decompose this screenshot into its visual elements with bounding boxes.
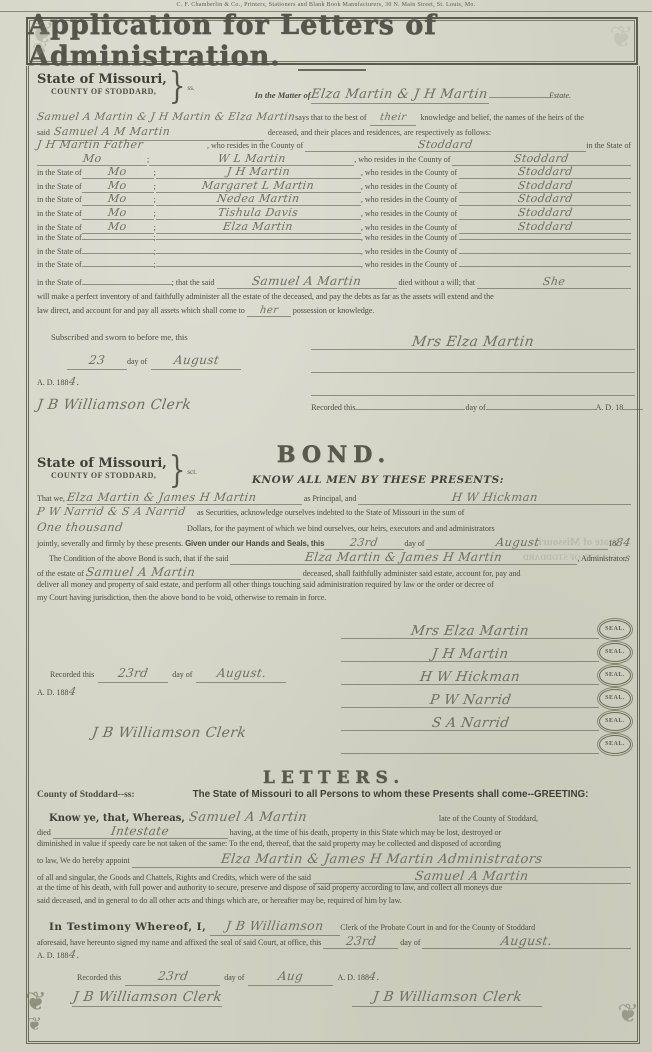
sureties-handwriting: P W Narrid & S A Narrid (36, 505, 187, 518)
resides-label: , who resides in the County of (361, 223, 457, 232)
as-principal-label: as Principal, and (304, 494, 357, 503)
resides-label: , who resides in the County of (354, 155, 450, 164)
testimony-label: In Testimony Whereof, I, (49, 921, 206, 933)
heir-row: in the State of Mo ; Elza Martin , who r… (37, 220, 631, 234)
bond-day-handwriting: 23rd (349, 536, 379, 549)
ss-abbrev: ss. (187, 84, 194, 92)
dollars-label: Dollars, for the payment of which we bin… (187, 524, 495, 533)
seal-icon: SEAL. (599, 643, 631, 662)
heir-row: in the State of Mo ; Tishula Davis , who… (37, 206, 631, 220)
day-of-label: day of (224, 973, 244, 982)
letters-line-2: died Intestate having, at the time of hi… (37, 824, 631, 839)
resides-label: , who resides in the County of (361, 247, 457, 256)
state-of-label: in the State of (37, 247, 82, 256)
ad-label: A. D. 188 (37, 378, 69, 387)
heir-county-handwriting: Stoddard (417, 138, 474, 151)
application-line-2: said Samuel A M Martin deceased, and the… (37, 122, 631, 138)
floral-corner-ornament-icon: ❦ (25, 992, 47, 1013)
letters-greeting-row: County of Stoddard--ss: The State of Mis… (37, 789, 631, 804)
law-direct-label: law direct, and account for and pay all … (37, 306, 245, 315)
principals-handwriting: Elza Martin & James H Martin (66, 490, 257, 504)
letters-goods-line: of all and singular, the Goods and Chatt… (37, 868, 631, 883)
heir-row: Mo ; W L Martin , who resides in the Cou… (37, 152, 631, 166)
greeting-label: The State of Missouri to all Persons to … (193, 789, 589, 800)
floral-corner-ornament-icon: ❦ (27, 1017, 42, 1031)
state-of-label: in the State of (37, 278, 82, 287)
died-label: died (37, 828, 51, 837)
heir-county-handwriting: Stoddard (517, 165, 574, 178)
resides-label: , who resides in the County of (207, 141, 303, 150)
seal-signature-row: H W Hickman SEAL. (286, 662, 631, 685)
decedent-handwriting: Samuel A Martin (251, 274, 362, 288)
heir-row: in the State of ; , who resides in the C… (37, 260, 631, 274)
amount-handwriting: One thousand (36, 520, 124, 534)
of-all-label: of all and singular, the Goods and Chatt… (37, 873, 311, 882)
heir-state-handwriting: Mo (107, 192, 128, 205)
letters-diminished-line: diminished in value if speedy care be no… (37, 839, 631, 852)
clerk-signature-handwriting: J B Williamson Clerk (36, 397, 192, 413)
county-label: COUNTY OF STODDARD, (37, 471, 167, 480)
heir-county-handwriting: Stoddard (513, 152, 570, 165)
heir-name-handwriting: Nedea Martin (216, 192, 300, 205)
bond-seal-column: Mrs Elza Martin SEAL. J H Martin SEAL. H… (286, 616, 631, 754)
bond-month-handwriting: August (495, 535, 540, 549)
heir-county-handwriting: Stoddard (517, 192, 574, 205)
heir-row: in the State of Mo ; Nedea Martin , who … (37, 192, 631, 206)
ad-label: A. D. 188 (37, 951, 69, 960)
state-of-label: in the State of (37, 168, 82, 177)
decedent-handwriting: Samuel A M Martin (53, 125, 171, 138)
that-said-label: ; that the said (172, 278, 215, 287)
bond-signer-handwriting: H W Hickman (419, 669, 521, 685)
state-of-label: in the State of (37, 233, 82, 242)
said-label: said (37, 128, 50, 137)
seal-icon: SEAL. (599, 620, 631, 639)
day-of-label: day of (127, 357, 147, 366)
to-law-label: to law, We do hereby appoint (37, 856, 130, 865)
jointly-label: jointly, severally and firmly by these p… (37, 539, 183, 548)
know-all-men-label: KNOW ALL MEN BY THESE PRESENTS: (252, 474, 504, 486)
clerk-signature-handwriting: J B Williamson Clerk (371, 989, 522, 1005)
heir-name-handwriting: Tishula Davis (217, 206, 299, 219)
state-label: State of Missouri, (37, 456, 167, 471)
aforesaid-line: aforesaid, have hereunto signed my name … (37, 933, 631, 948)
heir-row: in the State of ; , who resides in the C… (37, 247, 631, 261)
bond-deliver-line: deliver all money and property of said e… (37, 580, 631, 593)
heir-row: in the State of Mo ; Margaret L Martin ,… (37, 179, 631, 193)
ad-year-handwriting: 4. (368, 970, 381, 983)
floral-ornament-icon: ❦ (32, 41, 49, 61)
resides-label: , who resides in the County of (361, 182, 457, 191)
testimony-day-handwriting: 23rd (345, 934, 377, 948)
letters-recorded-line: Recorded this 23rd day of Aug A. D. 1884… (37, 967, 631, 982)
inventory-clause-line1: will make a perfect inventory of and fai… (37, 292, 631, 305)
clerk-of-label: Clerk of the Probate Court in and for th… (340, 923, 535, 932)
heir-name-handwriting: J H Martin (226, 165, 291, 178)
application-line-1: Samuel A Martin & J H Martin & Elza Mart… (37, 107, 631, 122)
recorded-day-handwriting: 23rd (157, 969, 189, 983)
state-of-label: in the State of (586, 141, 631, 150)
separator: ; (154, 233, 156, 242)
knowledge-label: knowledge and belief, the names of the h… (420, 113, 584, 122)
recorded-label: Recorded this (77, 973, 121, 982)
bond-signer-handwriting: J H Martin (431, 646, 510, 662)
ad-label: A. D. 188 (37, 688, 69, 697)
title-banner: ❦ ❦ ❦ Application for Letters of Adminis… (26, 17, 638, 65)
seal-signature-row: J H Martin SEAL. (286, 639, 631, 662)
bond-line-1: That we, Elza Martin & James H Martin as… (37, 490, 631, 505)
heir-name-handwriting: Elza Martin (223, 220, 295, 233)
possession-label: possession or knowledge. (293, 306, 375, 315)
heir-county-handwriting: Stoddard (517, 179, 574, 192)
heir-row: J H Martin Father , who resides in the C… (37, 138, 631, 152)
heir-state-handwriting: Mo (82, 152, 103, 165)
bond-signature-block: Recorded this 23rd day of August. A. D. … (37, 616, 631, 754)
heir-name-handwriting: W L Martin (217, 152, 287, 165)
heir-state-handwriting: Mo (107, 179, 128, 192)
she-handwriting: She (542, 275, 566, 288)
ad-year-handwriting: 4. (68, 375, 81, 388)
page-title: Application for Letters of Administratio… (28, 10, 636, 72)
brace-glyph: } (169, 450, 186, 492)
floral-corner-ornament-icon: ❦ (617, 1004, 639, 1025)
aforesaid-label: aforesaid, have hereunto signed my name … (37, 938, 321, 947)
says-label: says that to the best of (295, 113, 366, 122)
clerk-signature-handwriting: J B Williamson Clerk (71, 989, 222, 1005)
ad-label: A. D. 18 (596, 403, 624, 412)
application-venue-block: State of Missouri, COUNTY OF STODDARD, }… (37, 72, 631, 104)
that-we-label: That we, (37, 494, 65, 503)
given-label: Given under our Hands and Seals, this (185, 539, 324, 548)
floral-ornament-icon: ❦ (609, 23, 634, 53)
resides-label: , who resides in the County of (361, 233, 457, 242)
attestation-left: Subscribed and sworn to before me, this … (37, 332, 241, 416)
bond-signer-handwriting: P W Narrid (428, 692, 512, 708)
sworn-month-handwriting: August (173, 353, 220, 367)
seal-signature-row: SEAL. (286, 731, 631, 754)
condition-names-handwriting: Elza Martin & James H Martin (304, 550, 503, 564)
bond-court-line: my Court having jurisdiction, then the a… (37, 593, 631, 606)
state-label: State of Missouri, (37, 72, 167, 87)
day-of-label: day of (404, 539, 424, 548)
deceased-label: deceased, and their places and residence… (268, 128, 491, 137)
recorded-month-handwriting: Aug (277, 969, 304, 983)
resides-label: , who resides in the County of (361, 168, 457, 177)
year-handwriting: 84 (615, 536, 632, 549)
appointees-handwriting: Elza Martin & James H Martin Administrat… (220, 852, 543, 867)
seal-icon: SEAL. (599, 735, 631, 754)
heir-state-handwriting: Mo (107, 220, 128, 233)
recorded-month-handwriting: August. (216, 666, 267, 680)
matter-names-handwriting: Elza Martin & J H Martin (310, 87, 489, 102)
condition-label: The Condition of the above Bond is such,… (49, 554, 228, 563)
resides-label: , who resides in the County of (361, 260, 457, 269)
inventory-clause-line2: law direct, and account for and pay all … (37, 305, 631, 318)
heir-county-handwriting: Stoddard (517, 206, 574, 219)
seal-signature-row: S A Narrid SEAL. (286, 708, 631, 731)
administrator-suffix-handwriting: s (625, 553, 632, 564)
resides-label: , who resides in the County of (361, 209, 457, 218)
document-frame: State of Missouri, COUNTY OF STODDARD St… (26, 66, 640, 1044)
having-label: having, at the time of his death, proper… (230, 828, 502, 837)
attestation-right: Mrs Elza Martin Recorded this day of A. … (241, 332, 643, 416)
heir-name-handwriting: Margaret L Martin (201, 179, 315, 192)
bond-signer-handwriting: Mrs Elza Martin (410, 623, 530, 639)
separator: ; (154, 260, 156, 269)
sworn-day-handwriting: 23 (88, 353, 106, 367)
recorded-label: Recorded this (50, 670, 94, 679)
bond-signer-handwriting: S A Narrid (430, 715, 510, 731)
bond-line-3: One thousand Dollars, for the payment of… (37, 520, 631, 535)
recorded-day-handwriting: 23rd (117, 666, 149, 680)
decedent-handwriting: Samuel A Martin (188, 810, 308, 825)
ad-year-handwriting: 4 (68, 685, 77, 698)
testimony-line: In Testimony Whereof, I, J B Williamson … (37, 917, 631, 933)
heir-name-handwriting: J H Martin Father (36, 138, 144, 151)
day-of-label: day of (465, 403, 485, 412)
attestation-block: Subscribed and sworn to before me, this … (37, 332, 631, 416)
heir-county-handwriting: Stoddard (517, 220, 574, 233)
state-of-label: in the State of (37, 260, 82, 269)
county-label: COUNTY OF STODDARD, (37, 87, 167, 96)
intestate-handwriting: Intestate (110, 824, 170, 838)
letters-general-line: said deceased, and in general to do all … (37, 896, 631, 909)
bond-line-2: P W Narrid & S A Narrid as Securities, a… (37, 505, 631, 520)
applicant-signature-handwriting: Mrs Elza Martin (411, 334, 535, 350)
heir-state-handwriting: Mo (107, 165, 128, 178)
state-of-label: in the State of (37, 223, 82, 232)
county-ss-label: County of Stoddard--ss: (37, 790, 135, 800)
late-of-label: late of the County of Stoddard, (439, 814, 538, 823)
day-of-label: day of (400, 938, 420, 947)
their-handwriting: their (380, 112, 408, 123)
seal-signature-row: P W Narrid SEAL. (286, 685, 631, 708)
bond-estate-line: of the estate of Samuel A Martin decease… (37, 565, 631, 580)
clerk-signature-handwriting: J B Williamson Clerk (91, 725, 247, 741)
letters-heading: LETTERS. (37, 768, 631, 788)
resides-label: , who resides in the County of (361, 195, 457, 204)
bond-recorded-block: Recorded this 23rd day of August. A. D. … (37, 616, 286, 754)
estate-name-handwriting: Samuel A Martin (85, 565, 196, 579)
state-of-label: in the State of (37, 209, 82, 218)
state-of-label: in the State of (37, 195, 82, 204)
testimony-month-handwriting: August. (500, 933, 553, 948)
heir-state-handwriting: Mo (107, 206, 128, 219)
seal-icon: SEAL. (599, 712, 631, 731)
administrator-label: , Administrator (577, 554, 625, 563)
said-name-handwriting: Samuel A Martin (414, 868, 530, 883)
day-of-label: day of (172, 670, 192, 679)
recorded-label: Recorded this (311, 403, 355, 412)
letters-power-line: at the time of his death, with full powe… (37, 883, 631, 896)
bond-line-4: jointly, severally and firmly by these p… (37, 535, 631, 550)
sct-abbrev: sct. (187, 468, 197, 476)
brace-glyph: } (169, 66, 186, 108)
know-ye-label: Know ye, that, Whereas, (49, 813, 185, 824)
in-matter-label: In the Matter of (255, 90, 311, 100)
ad-label: A. D. 188 (337, 973, 369, 982)
sworn-label: Subscribed and sworn to before me, this (37, 332, 241, 342)
heir-row: in the State of ; , who resides in the C… (37, 233, 631, 247)
letters-line-1: Know ye, that, Whereas, Samuel A Martin … (37, 808, 631, 824)
heir-row: in the State of Mo ; J H Martin , who re… (37, 165, 631, 179)
of-estate-label: of the estate of (37, 569, 84, 578)
clerk-name-handwriting: J B Williamson (225, 918, 325, 933)
will-statement-row: in the State of ; that the said Samuel A… (37, 274, 631, 288)
ad-year-handwriting: 4. (68, 948, 81, 961)
seal-icon: SEAL. (599, 689, 631, 708)
her-handwriting: her (259, 305, 279, 316)
bond-condition-line: The Condition of the above Bond is such,… (37, 550, 631, 565)
letters-appoint-line: to law, We do hereby appoint Elza Martin… (37, 852, 631, 868)
died-without-will-label: died without a will; that (399, 278, 475, 287)
as-securities-label: as Securities, acknowledge ourselves ind… (197, 508, 464, 517)
seal-signature-row: Mrs Elza Martin SEAL. (286, 616, 631, 639)
testimony-ad-line: A. D. 1884. (37, 948, 631, 961)
surety-handwriting: H W Hickman (451, 490, 539, 504)
state-of-label: in the State of (37, 182, 82, 191)
applicants-handwriting: Samuel A Martin & J H Martin & Elza Mart… (36, 111, 296, 123)
estate-label: Estate. (549, 91, 571, 100)
separator: ; (154, 247, 156, 256)
seal-icon: SEAL. (599, 666, 631, 685)
deceased-line-label: deceased, shall faithfully administer sa… (303, 569, 521, 578)
letters-signature-row: J B Williamson Clerk J B Williamson Cler… (37, 988, 631, 1008)
